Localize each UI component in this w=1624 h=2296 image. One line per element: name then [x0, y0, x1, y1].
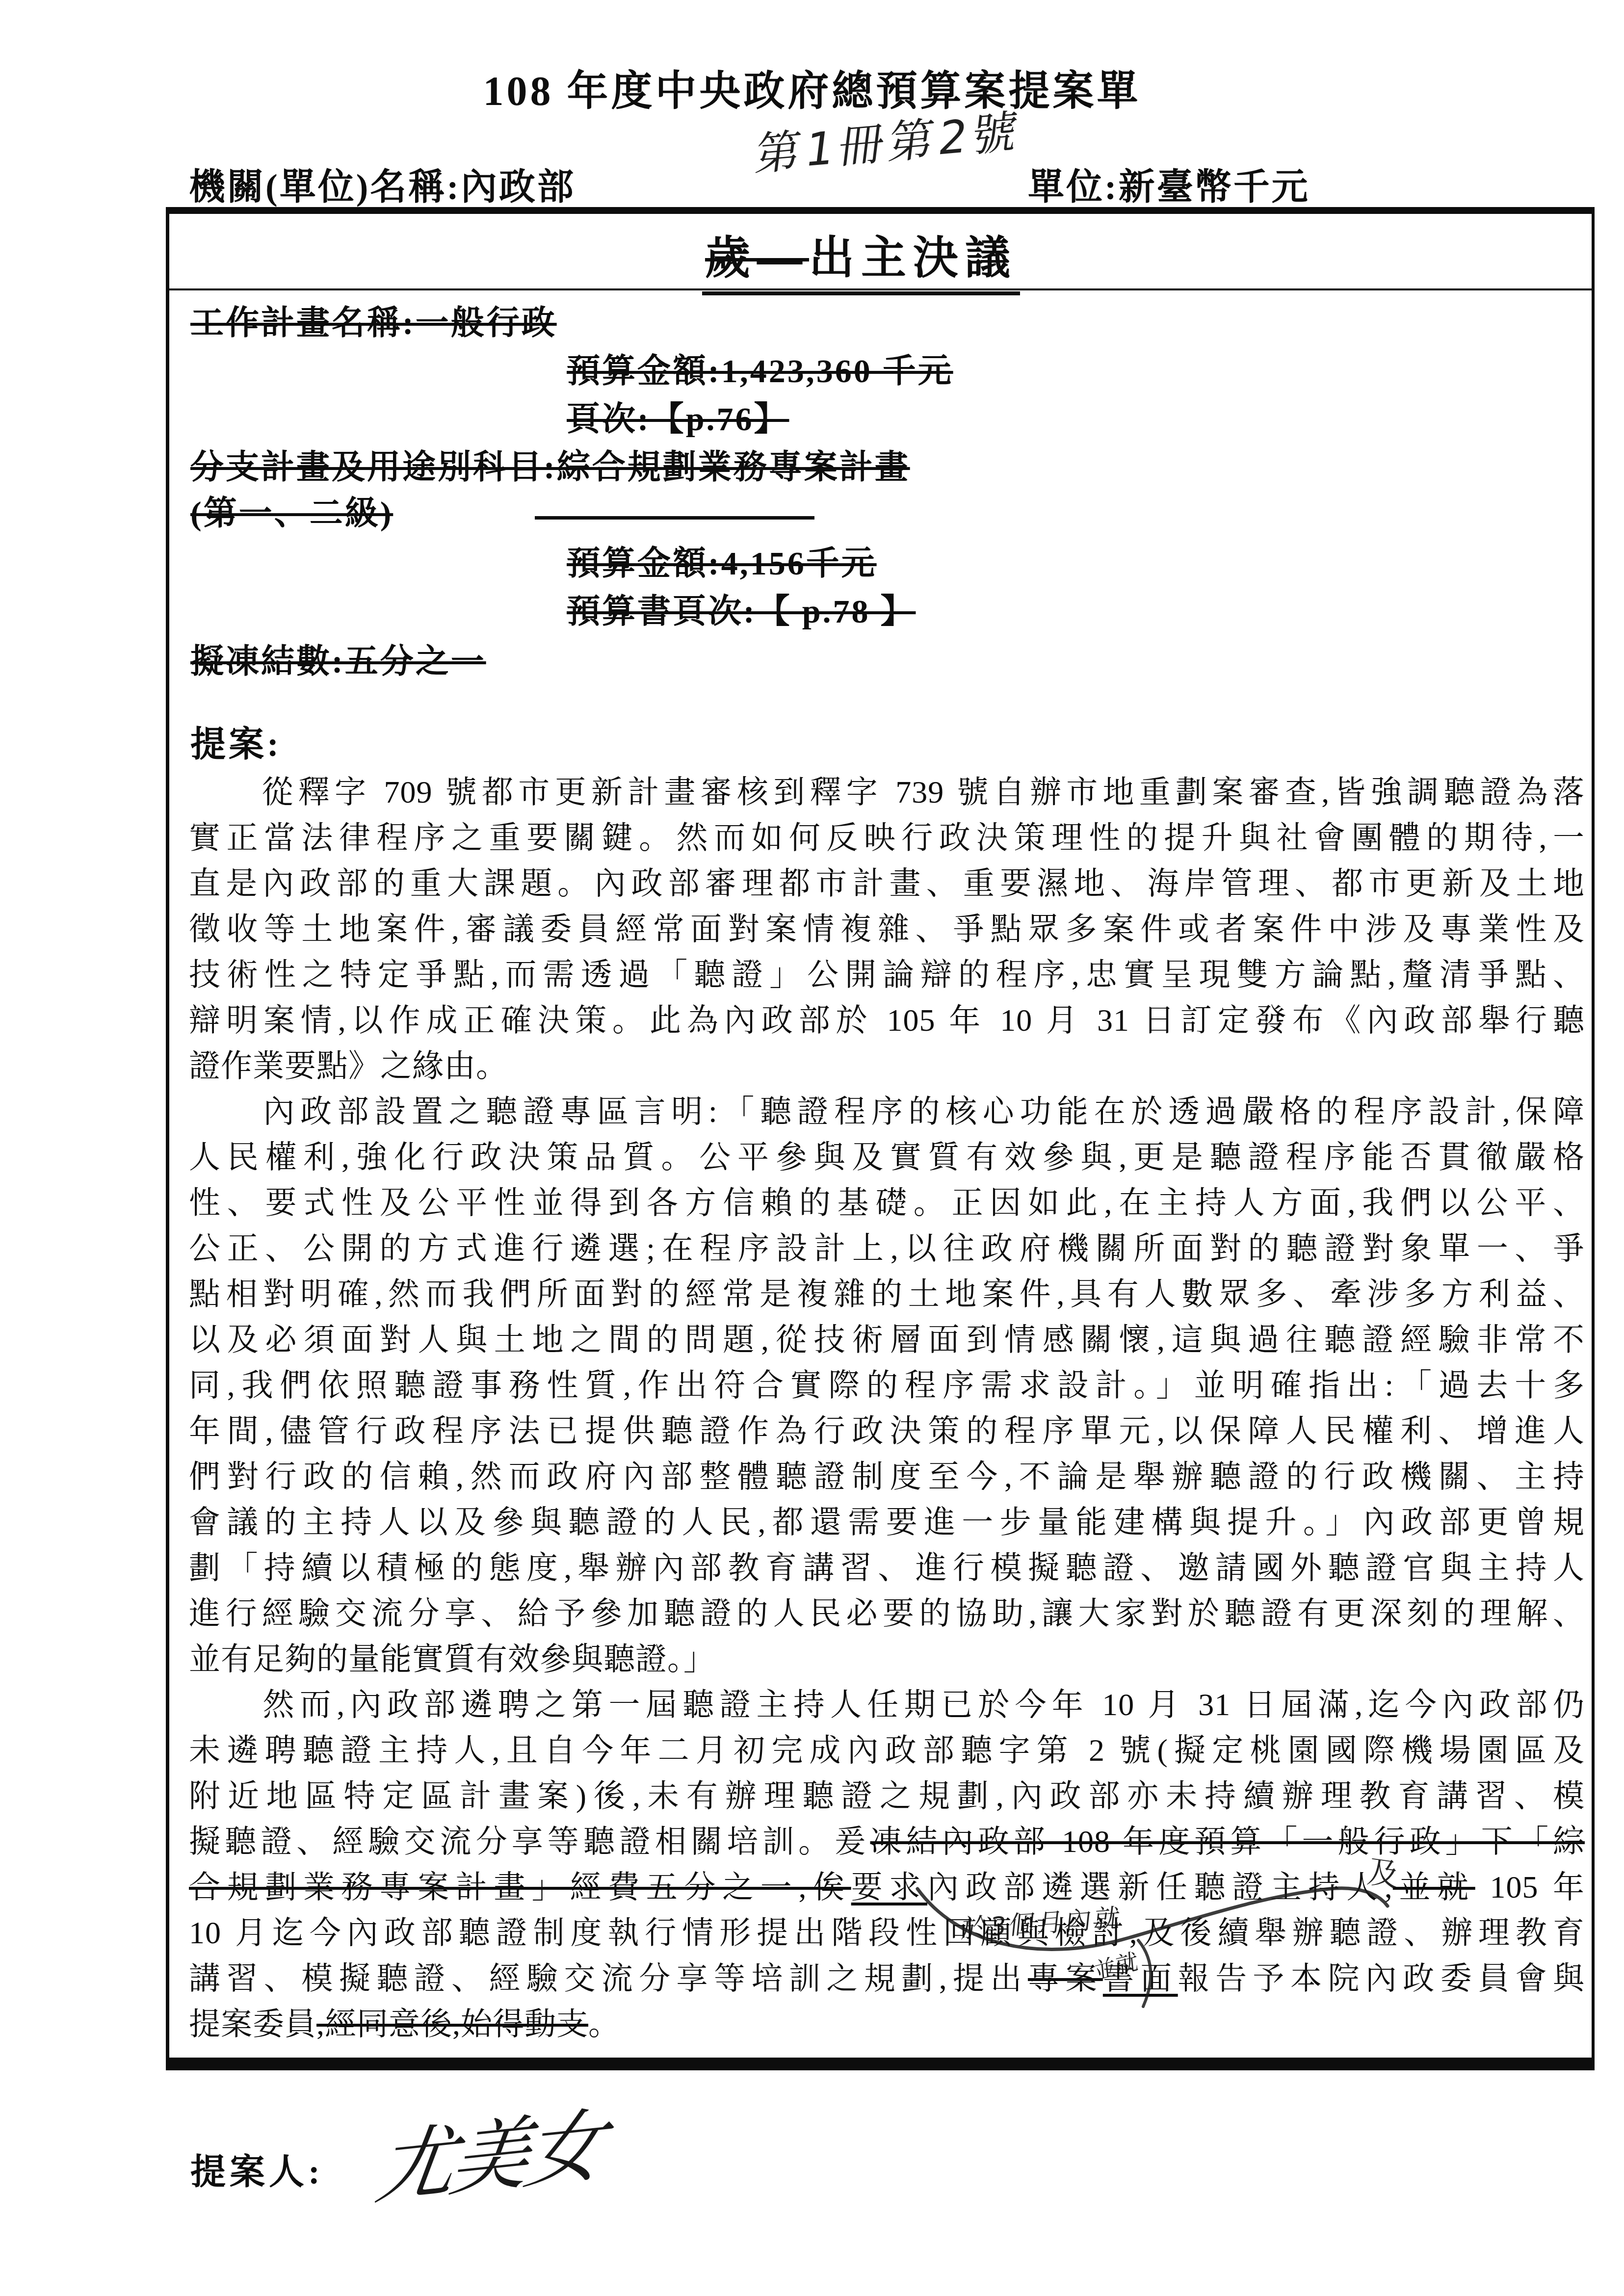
body-text: 並有足夠的量能實質有效參與聽證。」: [189, 1642, 715, 1676]
body-text: 年間,儘管行政程序法已提供聽證作為行政決策的程序單元,以保障人民權利、增進人: [189, 1413, 1585, 1448]
body-text: 點相對明確,然而我們所面對的經常是複雜的土地案件,具有人數眾多、牽涉多方利益、: [189, 1277, 1585, 1311]
body-text: 內政部設置之聽證專區言明:「聽證程序的核心功能在於透過嚴格的程序設計,保障: [189, 1094, 1585, 1129]
field-plan-level: (第一、二級): [190, 487, 393, 534]
struck-text: 合規劃業務專案計畫」經費五分之一,俟: [189, 1870, 851, 1905]
body-text: 徵收等土地案件,審議委員經常面對案情複雜、爭點眾多案件或者案件中涉及專業性及: [189, 912, 1585, 946]
field-page-number-1: 頁次:【p.76】: [567, 392, 789, 440]
body-text: 105 年: [1475, 1870, 1585, 1905]
body-text: 們對行政的信賴,然而政府內部整體聽證制度至今,不論是舉辦聽證的行政機關、主持: [189, 1459, 1585, 1494]
body-text: 實正當法律程序之重要關鍵。然而如何反映行政決策理性的提升與社會團體的期待,一: [189, 820, 1585, 855]
body-text: 提案委員: [189, 2007, 316, 2041]
proposal-line: 然而,內政部遴聘之第一屆聽證主持人任期已於今年 10 月 31 日屆滿,迄今內政…: [189, 1682, 1585, 1727]
body-text: 然而,內政部遴聘之第一屆聽證主持人任期已於今年 10 月 31 日屆滿,迄今內政…: [189, 1687, 1585, 1722]
scanned-budget-proposal-document: 108 年度中央政府總預算案提案單 第1冊第2號 機關(單位)名稱:內政部 單位…: [0, 0, 1624, 2296]
proposal-line: 公正、公開的方式進行遴選;在程序設計上,以往政府機關所面對的聽證對象單一、爭: [189, 1226, 1585, 1271]
field-budget-amount-2: 預算金額:4,156千元: [567, 537, 877, 584]
currency-unit-label: 單位:新臺幣千元: [1028, 158, 1310, 210]
struck-text: ,經同意後,始得動支: [316, 2007, 588, 2041]
proposal-line: 並有足夠的量能實質有效參與聽證。」: [189, 1636, 1585, 1682]
proposal-line: 未遴聘聽證主持人,且自今年二月初完成內政部聽字第 2 號(擬定桃園國際機場園區及: [189, 1727, 1585, 1773]
proposal-line: 以及必須面對人與土地之間的問題,從技術層面到情感關懷,這與過往聽證經驗非常不: [189, 1317, 1585, 1362]
body-text: 直是內政部的重大課題。內政部審理都市計畫、重要濕地、海岸管理、都市更新及土地: [189, 866, 1585, 901]
proposer-label: 提案人:: [190, 2143, 324, 2194]
proposal-section-label: 提案:: [190, 715, 282, 766]
proposal-line: 附近地區特定區計畫案)後,未有辦理聽證之規劃,內政部亦未持續辦理教育講習、模: [189, 1773, 1585, 1819]
body-text: 。: [588, 2007, 620, 2041]
body-text: 性、要式性及公平性並得到各方信賴的基礎。正因如此,在主持人方面,我們以公平、: [189, 1185, 1585, 1220]
resolution-box-title: 歲—出主決議: [702, 222, 1020, 295]
box-title-rest: 出主決議: [809, 233, 1017, 283]
proposal-line: 年間,儘管行政程序法已提供聽證作為行政決策的程序單元,以保障人民權利、增進人: [189, 1408, 1585, 1454]
document-title: 108 年度中央政府總預算案提案單: [0, 58, 1624, 117]
body-text: 以及必須面對人與土地之間的問題,從技術層面到情感關懷,這與過往聽證經驗非常不: [189, 1322, 1585, 1357]
body-text: 辯明案情,以作成正確決策。此為內政部於 105 年 10 月 31 日訂定發布《…: [189, 1003, 1585, 1038]
body-text: 證作業要點》之緣由。: [189, 1048, 508, 1083]
proposal-line: 點相對明確,然而我們所面對的經常是複雜的土地案件,具有人數眾多、牽涉多方利益、: [189, 1271, 1585, 1317]
proposal-line: 會議的主持人以及參與聽證的人民,都還需要進一步量能建構與提升。」內政部更曾規: [189, 1499, 1585, 1545]
field-freeze-amount: 擬凍結數:五分之一: [190, 635, 486, 682]
body-text: 技術性之特定爭點,而需透過「聽證」公開論辯的程序,忠實呈現雙方論點,釐清爭點、: [189, 957, 1585, 992]
proposal-line: 內政部設置之聽證專區言明:「聽證程序的核心功能在於透過嚴格的程序設計,保障: [189, 1089, 1585, 1134]
body-text: 從釋字 709 號都市更新計畫審核到釋字 739 號自辦市地重劃案審查,皆強調聽…: [189, 775, 1585, 809]
body-text: 公正、公開的方式進行遴選;在程序設計上,以往政府機關所面對的聽證對象單一、爭: [189, 1231, 1585, 1266]
proposal-line: 證作業要點》之緣由。: [189, 1043, 1585, 1089]
body-text: 劃「持續以積極的態度,舉辦內部教育講習、進行模擬聽證、邀請國外聽證官與主持人: [189, 1550, 1585, 1585]
proposal-line: 們對行政的信賴,然而政府內部整體聽證制度至今,不論是舉辦聽證的行政機關、主持: [189, 1454, 1585, 1499]
body-text: 進行經驗交流分享、給予參加聽證的人民必要的協助,讓大家對於聽證有更深刻的理解、: [189, 1596, 1585, 1631]
proposal-line: 從釋字 709 號都市更新計畫審核到釋字 739 號自辦市地重劃案審查,皆強調聽…: [189, 769, 1585, 815]
proposal-line: 進行經驗交流分享、給予參加聽證的人民必要的協助,讓大家對於聽證有更深刻的理解、: [189, 1591, 1585, 1636]
proposal-line: 徵收等土地案件,審議委員經常面對案情複雜、爭點眾多案件或者案件中涉及專業性及: [189, 906, 1585, 952]
body-text: 附近地區特定區計畫案)後,未有辦理聽證之規劃,內政部亦未持續辦理教育講習、模: [189, 1778, 1585, 1813]
box-title-divider-line: [169, 288, 1592, 290]
body-text: 會議的主持人以及參與聽證的人民,都還需要進一步量能建構與提升。」內政部更曾規: [189, 1505, 1585, 1539]
proposal-line: 直是內政部的重大課題。內政部審理都市計畫、重要濕地、海岸管理、都市更新及土地: [189, 861, 1585, 906]
proposal-line: 實正當法律程序之重要關鍵。然而如何反映行政決策理性的提升與社會團體的期待,一: [189, 815, 1585, 861]
body-text: 未遴聘聽證主持人,且自今年二月初完成內政部聽字第 2 號(擬定桃園國際機場園區及: [189, 1733, 1585, 1768]
blank-underline-segment: [535, 516, 814, 520]
body-text: 同,我們依照聽證事務性質,作出符合實際的程序需求設計。」並明確指出:「過去十多: [189, 1368, 1585, 1403]
struck-text: 凍結內政部 108 年度預算「一般行政」下「綜: [870, 1824, 1585, 1859]
field-sub-plan-title: 分支計畫及用途別科目:綜合規劃業務專案計畫: [190, 441, 910, 488]
field-budget-book-page: 預算書頁次:【 p.78 】: [567, 585, 916, 632]
field-budget-amount-1: 預算金額:1,423,360 千元: [567, 344, 953, 392]
proposal-line: 劃「持續以積極的態度,舉辦內部教育講習、進行模擬聽證、邀請國外聽證官與主持人: [189, 1545, 1585, 1591]
proposer-signature-handwritten: 尤美女: [370, 2081, 609, 2219]
proposal-line: 同,我們依照聽證事務性質,作出符合實際的程序需求設計。」並明確指出:「過去十多: [189, 1362, 1585, 1408]
box-title-struck-part: 歲—: [705, 233, 809, 283]
field-work-plan-name: 工作計畫名稱:一般行政: [190, 296, 557, 344]
proposal-line: 人民權利,強化行政決策品質。公平參與及實質有效參與,更是聽證程序能否貫徹嚴格: [189, 1134, 1585, 1180]
proposal-line: 技術性之特定爭點,而需透過「聽證」公開論辯的程序,忠實呈現雙方論點,釐清爭點、: [189, 952, 1585, 997]
proposal-line: 性、要式性及公平性並得到各方信賴的基礎。正因如此,在主持人方面,我們以公平、: [189, 1180, 1585, 1226]
handwritten-insertion-curve: [873, 1859, 1413, 2016]
body-text: 人民權利,強化行政決策品質。公平參與及實質有效參與,更是聽證程序能否貫徹嚴格: [189, 1140, 1585, 1174]
body-text: 擬聽證、經驗交流分享等聽證相關培訓。爰: [189, 1824, 870, 1859]
proposal-line: 辯明案情,以作成正確決策。此為內政部於 105 年 10 月 31 日訂定發布《…: [189, 997, 1585, 1043]
agency-name-label: 機關(單位)名稱:內政部: [189, 158, 576, 210]
